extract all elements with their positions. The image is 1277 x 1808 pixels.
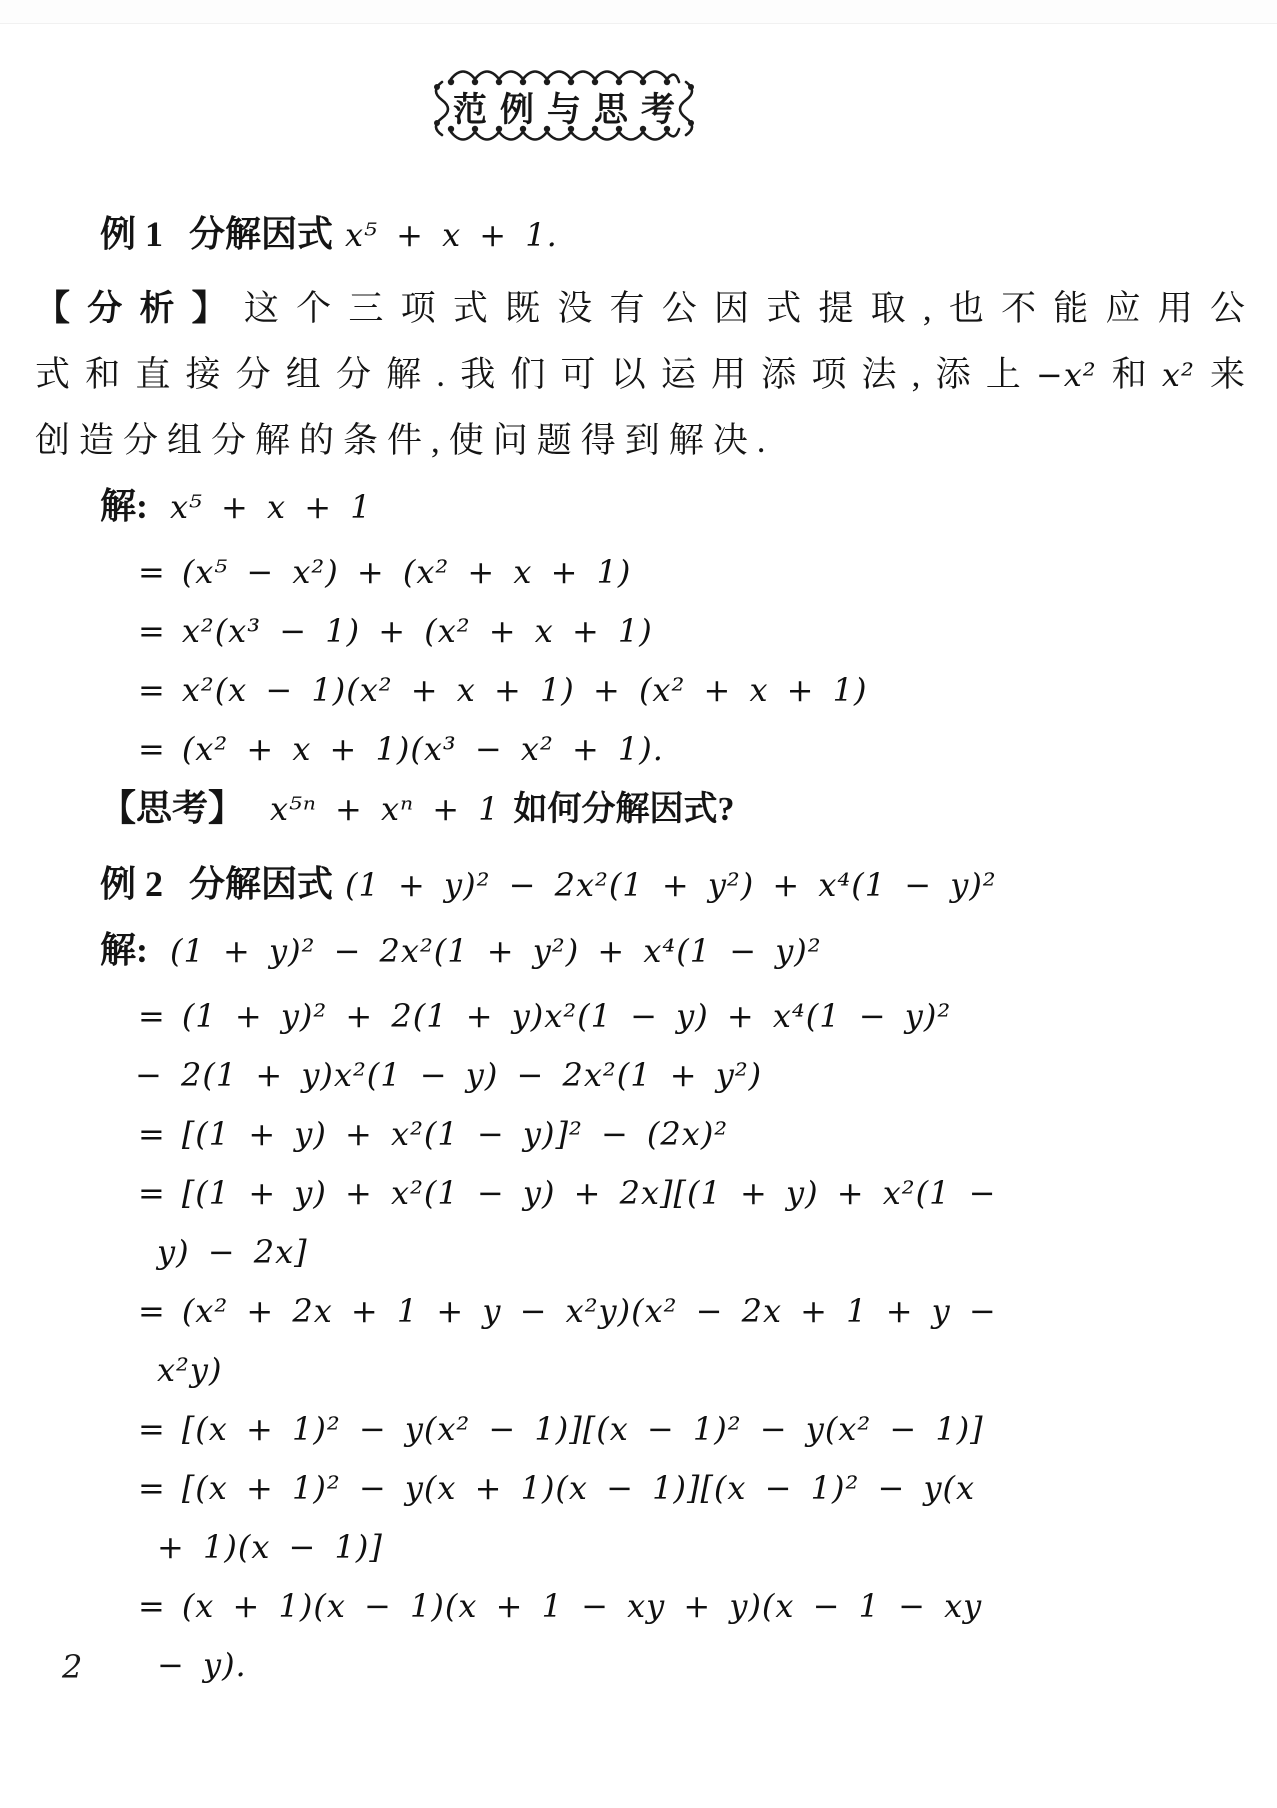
- equals-sign: =: [138, 1587, 166, 1625]
- equals-sign: =: [138, 1115, 166, 1153]
- analysis-line2: 式和直接分组分解.我们可以运用添项法,添上−x²和x²来: [35, 345, 1245, 411]
- solution2-step: =[(1 + y) + x²(1 − y) + 2x][(1 + y) + x²…: [35, 1164, 1245, 1223]
- think-suffix: 如何分解因式?: [514, 791, 735, 828]
- example2-prefix: 分解因式: [189, 864, 333, 904]
- example1-problem-line: 例 1分解因式x⁵ + x + 1.: [35, 205, 1245, 271]
- analysis-line3: 创造分组分解的条件,使问题得到解决.: [35, 411, 1245, 477]
- section-title: 范例与思考: [428, 62, 700, 150]
- solution2-step: =(x + 1)(x − 1)(x + 1 − xy + y)(x − 1 − …: [35, 1577, 1245, 1636]
- analysis-paragraph: 【分析】这个三项式既没有公因式提取,也不能应用公 式和直接分组分解.我们可以运用…: [35, 279, 1245, 477]
- example2-problem-math: (1 + y)² − 2x²(1 + y²) + x⁴(1 − y)²: [345, 866, 997, 904]
- solution2-start-expr: (1 + y)² − 2x²(1 + y²) + x⁴(1 − y)²: [170, 932, 822, 970]
- example2-problem-line: 例 2分解因式(1 + y)² − 2x²(1 + y²) + x⁴(1 − y…: [35, 855, 1245, 921]
- example1-problem-math: x⁵ + x + 1.: [345, 216, 558, 254]
- textbook-page: 范例与思考 例 1分解因式x⁵ + x + 1. 【分析】这个三项式既没有公因式…: [0, 0, 1277, 1808]
- equals-sign: =: [138, 1292, 166, 1330]
- equals-sign: =: [138, 730, 166, 768]
- solution1-step: =x²(x³ − 1) + (x² + x + 1): [35, 602, 1245, 661]
- solution2-step: =[(x + 1)² − y(x² − 1)][(x − 1)² − y(x² …: [35, 1400, 1245, 1459]
- solution2-step-continuation: − y).: [35, 1636, 1245, 1695]
- solution2-label: 解:: [100, 930, 148, 970]
- solution2-first-line: 解:(1 + y)² − 2x²(1 + y²) + x⁴(1 − y)²: [35, 921, 1245, 987]
- think-label: 【思考】: [100, 788, 244, 828]
- example1-label: 例 1: [100, 214, 163, 254]
- scan-edge-strip: [0, 0, 1277, 24]
- solution2-step: =[(x + 1)² − y(x + 1)(x − 1)][(x − 1)² −…: [35, 1459, 1245, 1518]
- solution2-step-continuation: + 1)(x − 1)]: [35, 1518, 1245, 1577]
- solution1-step: =x²(x − 1)(x² + x + 1) + (x² + x + 1): [35, 661, 1245, 720]
- think-math: x⁵ⁿ + xⁿ + 1: [270, 790, 500, 828]
- analysis-line1: 【分析】这个三项式既没有公因式提取,也不能应用公: [35, 279, 1245, 345]
- solution1-label: 解:: [100, 486, 148, 526]
- solution1-step: =(x² + x + 1)(x³ − x² + 1).: [35, 720, 1245, 779]
- think-line: 【思考】x⁵ⁿ + xⁿ + 1如何分解因式?: [35, 779, 1245, 845]
- equals-sign: =: [138, 612, 166, 650]
- equals-sign: =: [138, 553, 166, 591]
- solution1-first-line: 解:x⁵ + x + 1: [35, 477, 1245, 543]
- solution2-step-continuation: − 2(1 + y)x²(1 − y) − 2x²(1 + y²): [35, 1046, 1245, 1105]
- equals-sign: =: [138, 671, 166, 709]
- solution2-step: =[(1 + y) + x²(1 − y)]² − (2x)²: [35, 1105, 1245, 1164]
- example2-label: 例 2: [100, 864, 163, 904]
- equals-sign: =: [138, 997, 166, 1035]
- page-number: 2: [62, 1648, 82, 1686]
- page-content: 例 1分解因式x⁵ + x + 1. 【分析】这个三项式既没有公因式提取,也不能…: [35, 205, 1245, 1695]
- solution1-start-expr: x⁵ + x + 1: [170, 488, 372, 526]
- equals-sign: =: [138, 1469, 166, 1507]
- analysis-label: 【分析】: [35, 289, 244, 328]
- equals-sign: =: [138, 1410, 166, 1448]
- example1-prefix: 分解因式: [189, 214, 333, 254]
- solution2-step-continuation: x²y): [35, 1341, 1245, 1400]
- solution1-step: =(x⁵ − x²) + (x² + x + 1): [35, 543, 1245, 602]
- section-header: 范例与思考: [428, 62, 700, 150]
- equals-sign: =: [138, 1174, 166, 1212]
- solution2-step-continuation: y) − 2x]: [35, 1223, 1245, 1282]
- solution2-step: =(1 + y)² + 2(1 + y)x²(1 − y) + x⁴(1 − y…: [35, 987, 1245, 1046]
- solution2-step: =(x² + 2x + 1 + y − x²y)(x² − 2x + 1 + y…: [35, 1282, 1245, 1341]
